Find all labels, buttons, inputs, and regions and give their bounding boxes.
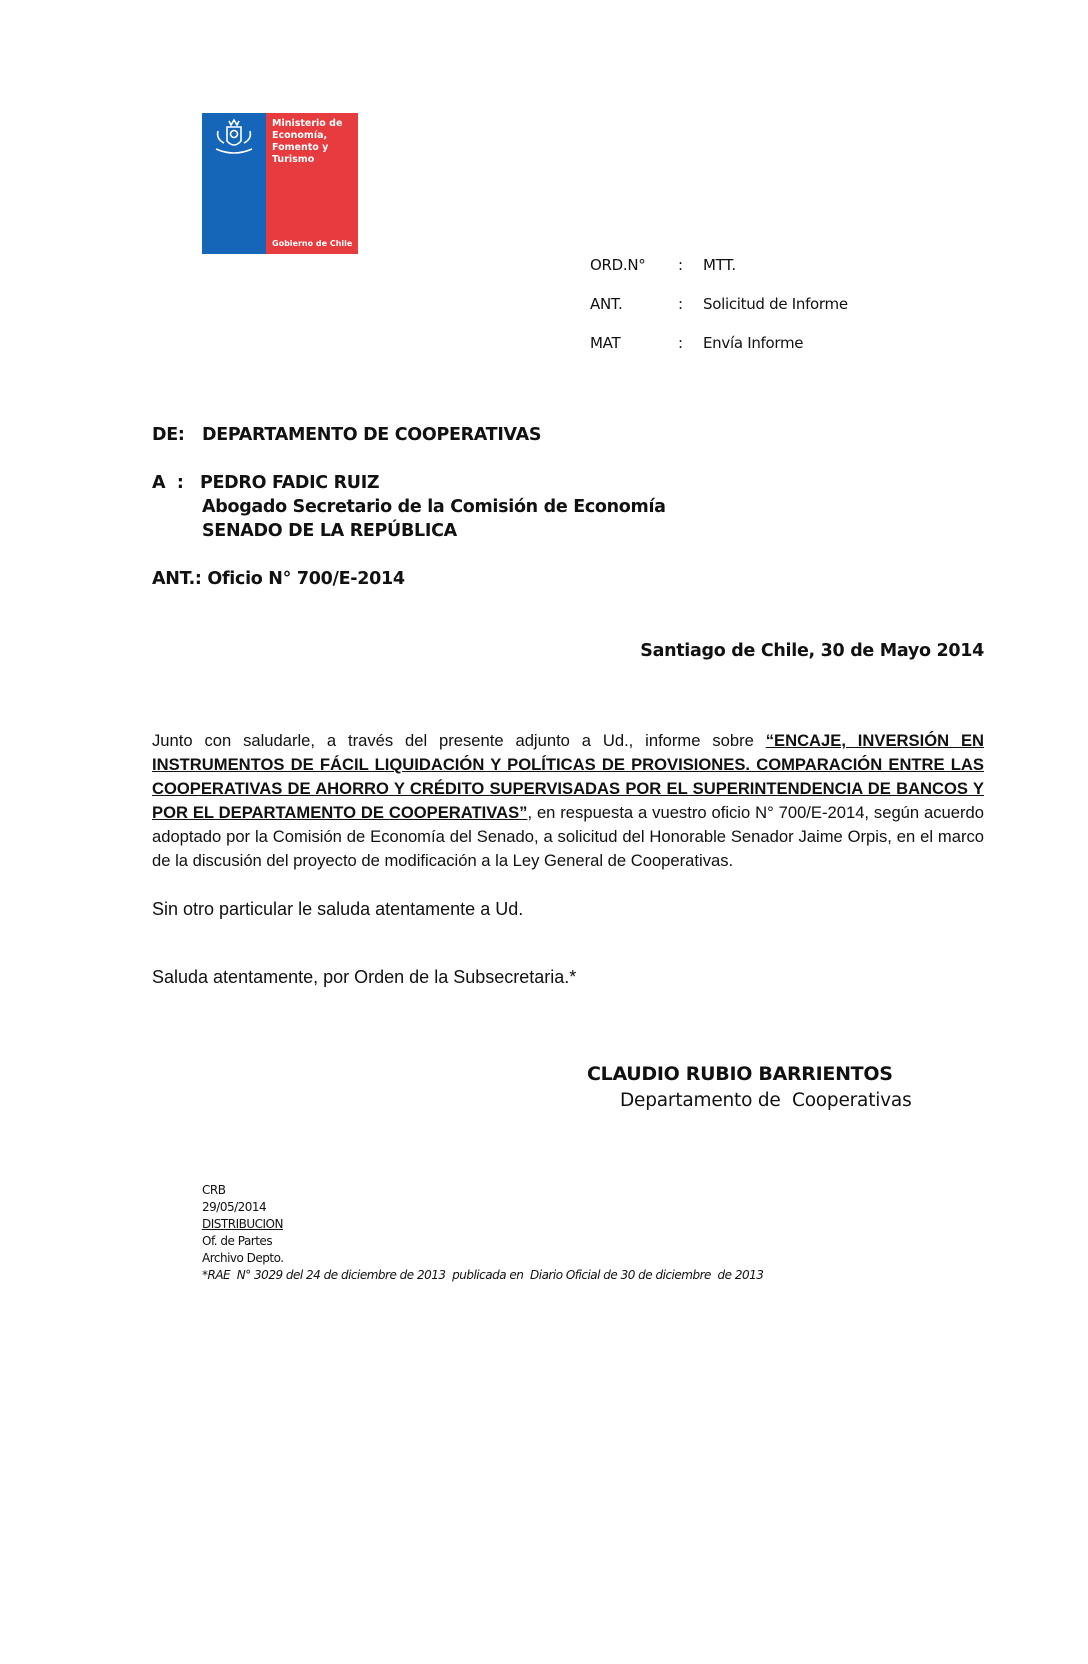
reference-separator: : bbox=[678, 334, 683, 352]
reference-label: MAT bbox=[590, 334, 620, 352]
body-paragraph: Junto con saludarle, a través del presen… bbox=[152, 729, 984, 873]
to-title: Abogado Secretario de la Comisión de Eco… bbox=[202, 497, 666, 517]
to-institution: SENADO DE LA REPÚBLICA bbox=[202, 521, 457, 541]
reference-value: MTT. bbox=[703, 256, 736, 274]
signature-name: CLAUDIO RUBIO BARRIENTOS bbox=[587, 1063, 893, 1085]
closing-line-1: Sin otro particular le saluda atentament… bbox=[152, 899, 523, 920]
footer-initials: CRB bbox=[202, 1182, 763, 1199]
footer-date: 29/05/2014 bbox=[202, 1199, 763, 1216]
from-line: DE: bbox=[152, 425, 185, 445]
to-name: PEDRO FADIC RUIZ bbox=[200, 473, 379, 493]
signature-department: Departamento de Cooperativas bbox=[620, 1090, 912, 1111]
reference-label: ANT. bbox=[590, 295, 622, 313]
reference-value: Solicitud de Informe bbox=[703, 295, 848, 313]
footer-recipient: Archivo Depto. bbox=[202, 1250, 763, 1267]
from-label: DE: bbox=[152, 425, 185, 445]
logo-blue-panel bbox=[202, 113, 266, 254]
coat-of-arms-icon bbox=[210, 117, 258, 161]
logo-red-panel: Ministerio de Economía, Fomento y Turism… bbox=[266, 113, 358, 254]
logo-government-text: Gobierno de Chile bbox=[272, 239, 352, 248]
from-value: DEPARTAMENTO DE COOPERATIVAS bbox=[202, 425, 541, 445]
reference-value: Envía Informe bbox=[703, 334, 803, 352]
footer-block: CRB 29/05/2014 DISTRIBUCION Of. de Parte… bbox=[202, 1182, 763, 1284]
footer-note: *RAE N° 3029 del 24 de diciembre de 2013… bbox=[202, 1267, 763, 1284]
to-label: A : bbox=[152, 473, 184, 493]
place-date: Santiago de Chile, 30 de Mayo 2014 bbox=[640, 641, 984, 661]
reference-label: ORD.N° bbox=[590, 256, 645, 274]
antecedent: ANT.: Oficio N° 700/E-2014 bbox=[152, 569, 405, 589]
footer-distribution-label: DISTRIBUCION bbox=[202, 1216, 763, 1233]
reference-separator: : bbox=[678, 256, 683, 274]
ministry-logo: Ministerio de Economía, Fomento y Turism… bbox=[202, 113, 358, 254]
logo-ministry-text: Ministerio de Economía, Fomento y Turism… bbox=[272, 118, 358, 166]
body-intro: Junto con saludarle, a través del presen… bbox=[152, 731, 766, 750]
footer-recipient: Of. de Partes bbox=[202, 1233, 763, 1250]
closing-line-2: Saluda atentamente, por Orden de la Subs… bbox=[152, 967, 576, 988]
reference-separator: : bbox=[678, 295, 683, 313]
